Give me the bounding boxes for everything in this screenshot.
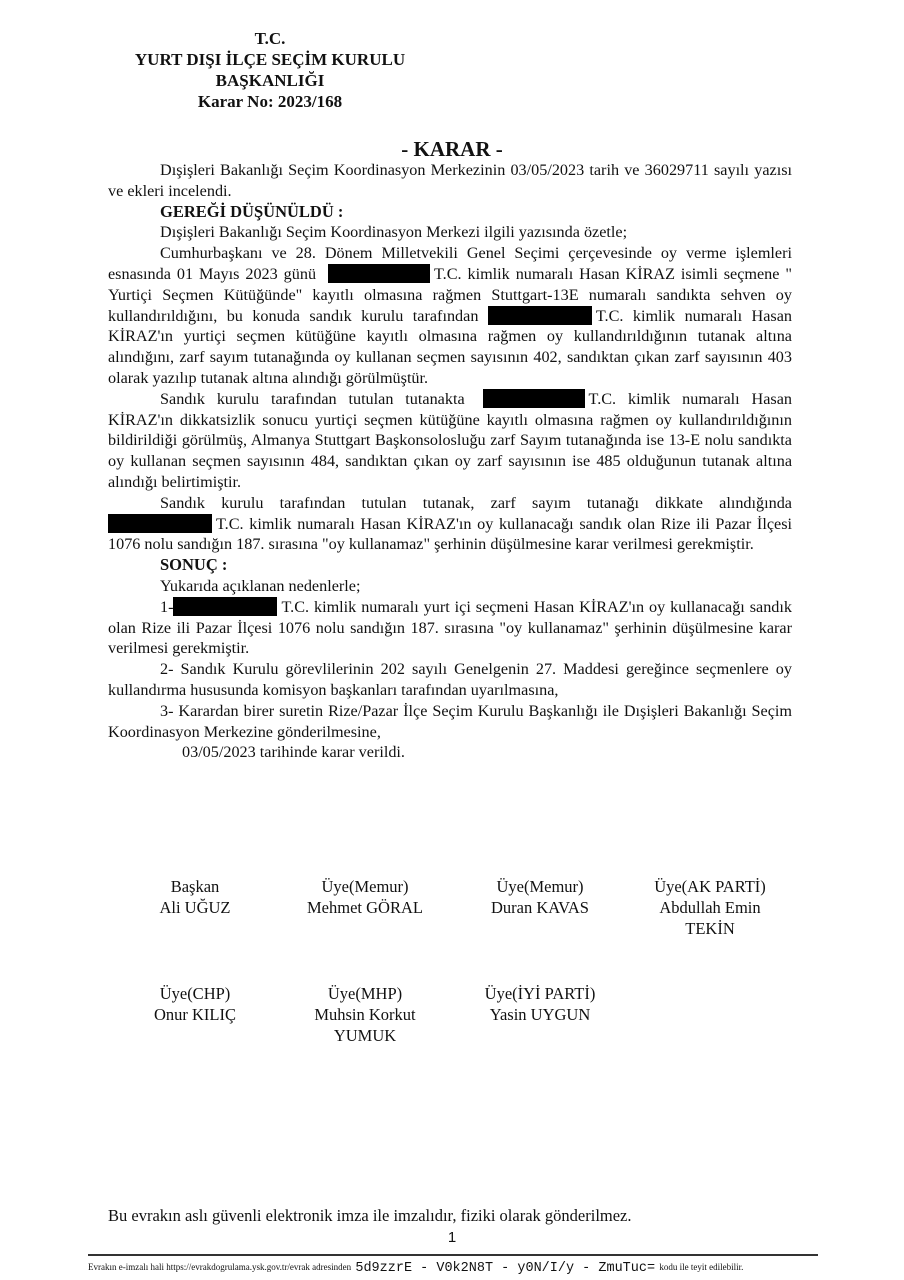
redaction-box <box>488 306 592 325</box>
header-presidency: BAŞKANLIĞI <box>110 70 430 91</box>
signatory-member: Üye(Memur) Duran KAVAS <box>465 876 615 918</box>
verification-code: 5d9zzrE - V0k2N8T - y0N/I/y - ZmuTuc= <box>355 1261 655 1276</box>
signatory-name: Onur KILIÇ <box>120 1004 270 1025</box>
signatory-president: Başkan Ali UĞUZ <box>120 876 270 918</box>
signatory-role: Üye(İYİ PARTİ) <box>465 983 615 1004</box>
decision-number: Karar No: 2023/168 <box>110 91 430 112</box>
signatory-role: Üye(Memur) <box>465 876 615 897</box>
signatory-member: Üye(MHP) Muhsin Korkut YUMUK <box>290 983 440 1046</box>
result-item-2: 2- Sandık Kurulu görevlilerinin 202 sayı… <box>108 659 792 701</box>
document-page: T.C. YURT DIŞI İLÇE SEÇİM KURULU BAŞKANL… <box>0 0 904 1280</box>
reasons-line: Yukarıda açıklanan nedenlerle; <box>108 576 792 597</box>
redaction-box <box>173 597 277 616</box>
paragraph-3: Sandık kurulu tarafından tutulan tutanak… <box>108 493 792 555</box>
heading-considered: GEREĞİ DÜŞÜNÜLDÜ : <box>108 202 792 223</box>
signatory-role: Üye(AK PARTİ) <box>635 876 785 897</box>
footer-divider <box>88 1254 818 1256</box>
footer-suffix: kodu ile teyit edilebilir. <box>659 1262 743 1272</box>
decision-title: - KARAR - <box>0 137 904 162</box>
item-1-prefix: 1- <box>160 598 173 616</box>
signatory-member: Üye(AK PARTİ) Abdullah Emin TEKİN <box>635 876 785 939</box>
verification-footer: Evrakın e-imzalı hali https://evrakdogru… <box>88 1259 818 1277</box>
decision-date: 03/05/2023 tarihinde karar verildi. <box>108 742 792 763</box>
signatory-role: Üye(MHP) <box>290 983 440 1004</box>
redaction-box <box>483 389 585 408</box>
heading-result: SONUÇ : <box>108 555 792 576</box>
e-signature-notice: Bu evrakın aslı güvenli elektronik imza … <box>108 1206 632 1226</box>
signatory-name: Muhsin Korkut <box>290 1004 440 1025</box>
signatory-name: Abdullah Emin <box>635 897 785 918</box>
signatory-name: Duran KAVAS <box>465 897 615 918</box>
result-item-1: 1-T.C. kimlik numaralı yurt içi seçmeni … <box>108 597 792 659</box>
summary-line: Dışişleri Bakanlığı Seçim Koordinasyon M… <box>108 222 792 243</box>
decision-body: Dışişleri Bakanlığı Seçim Koordinasyon M… <box>108 160 792 763</box>
paragraph-2: Sandık kurulu tarafından tutulan tutanak… <box>108 389 792 493</box>
intro-paragraph: Dışişleri Bakanlığı Seçim Koordinasyon M… <box>108 160 792 202</box>
signatory-member: Üye(Memur) Mehmet GÖRAL <box>290 876 440 918</box>
footer-prefix: Evrakın e-imzalı hali https://evrakdogru… <box>88 1262 351 1272</box>
signatory-role: Başkan <box>120 876 270 897</box>
result-item-3: 3- Karardan birer suretin Rize/Pazar İlç… <box>108 701 792 743</box>
header-tc: T.C. <box>110 28 430 49</box>
signatory-role: Üye(Memur) <box>290 876 440 897</box>
signatory-role: Üye(CHP) <box>120 983 270 1004</box>
paragraph-2-part-a: Sandık kurulu tarafından tutulan tutanak… <box>160 390 465 408</box>
signatory-name: Ali UĞUZ <box>120 897 270 918</box>
signatory-member: Üye(CHP) Onur KILIÇ <box>120 983 270 1025</box>
paragraph-1: Cumhurbaşkanı ve 28. Dönem Milletvekili … <box>108 243 792 389</box>
signatory-name: Yasin UYGUN <box>465 1004 615 1025</box>
page-number: 1 <box>0 1229 904 1246</box>
header-institution: YURT DIŞI İLÇE SEÇİM KURULU <box>110 49 430 70</box>
signatory-member: Üye(İYİ PARTİ) Yasin UYGUN <box>465 983 615 1025</box>
signatory-name-cont: TEKİN <box>635 918 785 939</box>
redaction-box <box>328 264 430 283</box>
document-header: T.C. YURT DIŞI İLÇE SEÇİM KURULU BAŞKANL… <box>110 28 430 112</box>
redaction-box <box>108 514 212 533</box>
signatory-name-cont: YUMUK <box>290 1025 440 1046</box>
paragraph-3-part-a: Sandık kurulu tarafından tutulan tutanak… <box>160 494 792 512</box>
signatory-name: Mehmet GÖRAL <box>290 897 440 918</box>
